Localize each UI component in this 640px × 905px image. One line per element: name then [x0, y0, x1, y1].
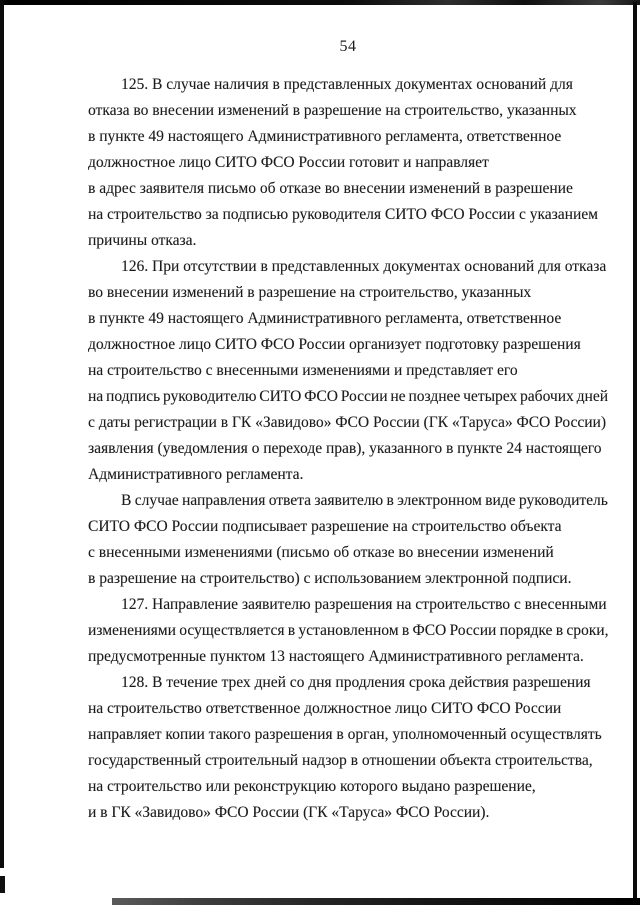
text-line: предусмотренные пунктом 13 настоящего Ад… — [88, 644, 608, 670]
text-line: В случае направления ответа заявителю в … — [88, 488, 608, 514]
paragraph-128: 128. В течение трех дней со дня продлени… — [88, 670, 608, 826]
text-line: с даты регистрации в ГК «Завидово» ФСО Р… — [88, 410, 608, 436]
document-text: 125. В случае наличия в представленных д… — [88, 72, 608, 826]
text-line: на строительство за подписью руководител… — [88, 202, 608, 228]
text-line: Административного регламента. — [88, 462, 608, 488]
text-line: направляет копии такого разрешения в орг… — [88, 722, 608, 748]
text-line: СИТО ФСО России подписывает разрешение н… — [88, 514, 608, 540]
scanned-document-page: { "colors": { "ink": "#1c1c1c", "paper":… — [0, 0, 640, 905]
paragraph-126: 126. При отсутствии в представленных док… — [88, 254, 608, 488]
text-line: 125. В случае наличия в представленных д… — [88, 72, 608, 98]
text-line: изменениями осуществляется в установленн… — [88, 618, 608, 644]
text-line: должностное лицо СИТО ФСО России организ… — [88, 332, 608, 358]
text-line: в адрес заявителя письмо об отказе во вн… — [88, 176, 608, 202]
scan-edge-left-notch — [0, 876, 5, 893]
scan-edge-bottom — [112, 898, 640, 905]
text-line: на строительство ответственное должностн… — [88, 696, 608, 722]
scan-edge-top — [0, 0, 640, 5]
text-line: в пункте 49 настоящего Административного… — [88, 124, 608, 150]
text-line: 127. Направление заявителю разрешения на… — [88, 592, 608, 618]
text-line: с внесенными изменениями (письмо об отка… — [88, 540, 608, 566]
text-line: 128. В течение трех дней со дня продлени… — [88, 670, 608, 696]
paragraph-126-electronic: В случае направления ответа заявителю в … — [88, 488, 608, 592]
paragraph-127: 127. Направление заявителю разрешения на… — [88, 592, 608, 670]
text-line: на подпись руководителю СИТО ФСО России … — [88, 384, 608, 410]
text-line: в пункте 49 настоящего Административного… — [88, 306, 608, 332]
text-line: во внесении изменений в разрешение на ст… — [88, 280, 608, 306]
text-line: на строительство или реконструкцию котор… — [88, 774, 608, 800]
text-line: и в ГК «Завидово» ФСО России (ГК «Таруса… — [88, 800, 608, 826]
text-line: отказа во внесении изменений в разрешени… — [88, 98, 608, 124]
paragraph-125: 125. В случае наличия в представленных д… — [88, 72, 608, 254]
page-number: 54 — [88, 36, 608, 58]
text-line: в разрешение на строительство) с использ… — [88, 566, 608, 592]
text-line: государственный строительный надзор в от… — [88, 748, 608, 774]
text-line: 126. При отсутствии в представленных док… — [88, 254, 608, 280]
text-line: должностное лицо СИТО ФСО России готовит… — [88, 150, 608, 176]
text-line: причины отказа. — [88, 228, 608, 254]
text-line: заявления (уведомления о переходе прав),… — [88, 436, 608, 462]
scan-edge-right — [633, 2, 637, 905]
text-line: на строительство с внесенными изменениям… — [88, 358, 608, 384]
scan-edge-left — [0, 0, 4, 868]
